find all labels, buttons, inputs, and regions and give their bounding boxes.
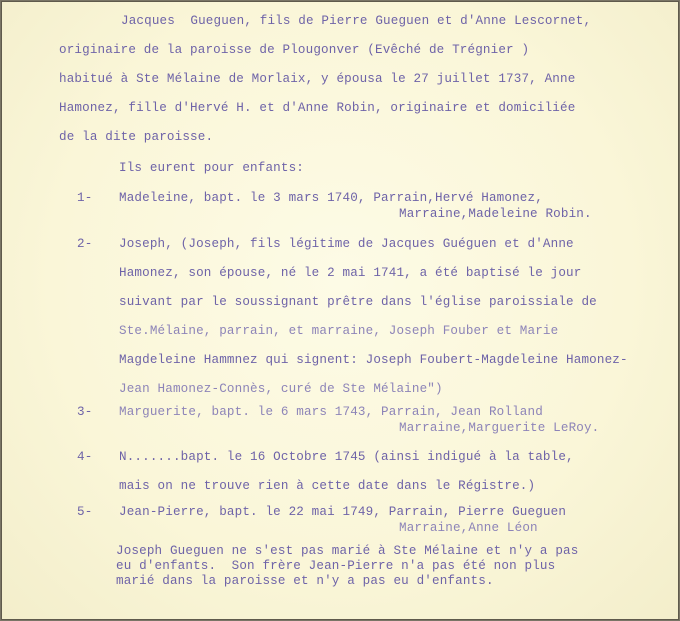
opening-line-4: Hamonez, fille d'Hervé H. et d'Anne Robi…	[59, 101, 575, 115]
child-entry-line: Jean Hamonez-Connès, curé de Ste Mélaine…	[119, 382, 443, 396]
child-entry-line: Ste.Mélaine, parrain, et marraine, Josep…	[119, 324, 558, 338]
child-number: 1-	[77, 191, 92, 205]
child-entry-line: Jean-Pierre, bapt. le 22 mai 1749, Parra…	[119, 505, 566, 519]
child-entry-line: N.......bapt. le 16 Octobre 1745 (ainsi …	[119, 450, 574, 464]
opening-line-3: habitué à Ste Mélaine de Morlaix, y épou…	[59, 72, 575, 86]
child-entry-line: Marguerite, bapt. le 6 mars 1743, Parrai…	[119, 405, 543, 419]
child-entry-line: Magdeleine Hammnez qui signent: Joseph F…	[119, 353, 628, 367]
child-entry-line: mais on ne trouve rien à cette date dans…	[119, 479, 535, 493]
child-number: 4-	[77, 450, 92, 464]
closing-note-line: eu d'enfants. Son frère Jean-Pierre n'a …	[116, 559, 555, 574]
child-godmother-line: Marraine,Anne Léon	[399, 521, 538, 535]
child-entry-line: suivant par le soussignant prêtre dans l…	[119, 295, 597, 309]
child-entry-line: Hamonez, son épouse, né le 2 mai 1741, a…	[119, 266, 581, 280]
child-entry-line: Joseph, (Joseph, fils légitime de Jacque…	[119, 237, 574, 251]
child-godmother-line: Marraine,Marguerite LeRoy.	[399, 421, 599, 435]
opening-line-5: de la dite paroisse.	[59, 130, 213, 144]
typewritten-page: Jacques Gueguen, fils de Pierre Gueguen …	[1, 1, 679, 620]
opening-line-2: originaire de la paroisse de Plougonver …	[59, 43, 529, 57]
child-number: 2-	[77, 237, 92, 251]
opening-line-1: Jacques Gueguen, fils de Pierre Gueguen …	[121, 14, 591, 28]
child-number: 5-	[77, 505, 92, 519]
children-intro: Ils eurent pour enfants:	[119, 161, 304, 175]
child-entry-line: Madeleine, bapt. le 3 mars 1740, Parrain…	[119, 191, 543, 205]
child-number: 3-	[77, 405, 92, 419]
closing-note-line: Joseph Gueguen ne s'est pas marié à Ste …	[116, 544, 578, 559]
child-godmother-line: Marraine,Madeleine Robin.	[399, 207, 592, 221]
closing-note-line: marié dans la paroisse et n'y a pas eu d…	[116, 574, 494, 589]
